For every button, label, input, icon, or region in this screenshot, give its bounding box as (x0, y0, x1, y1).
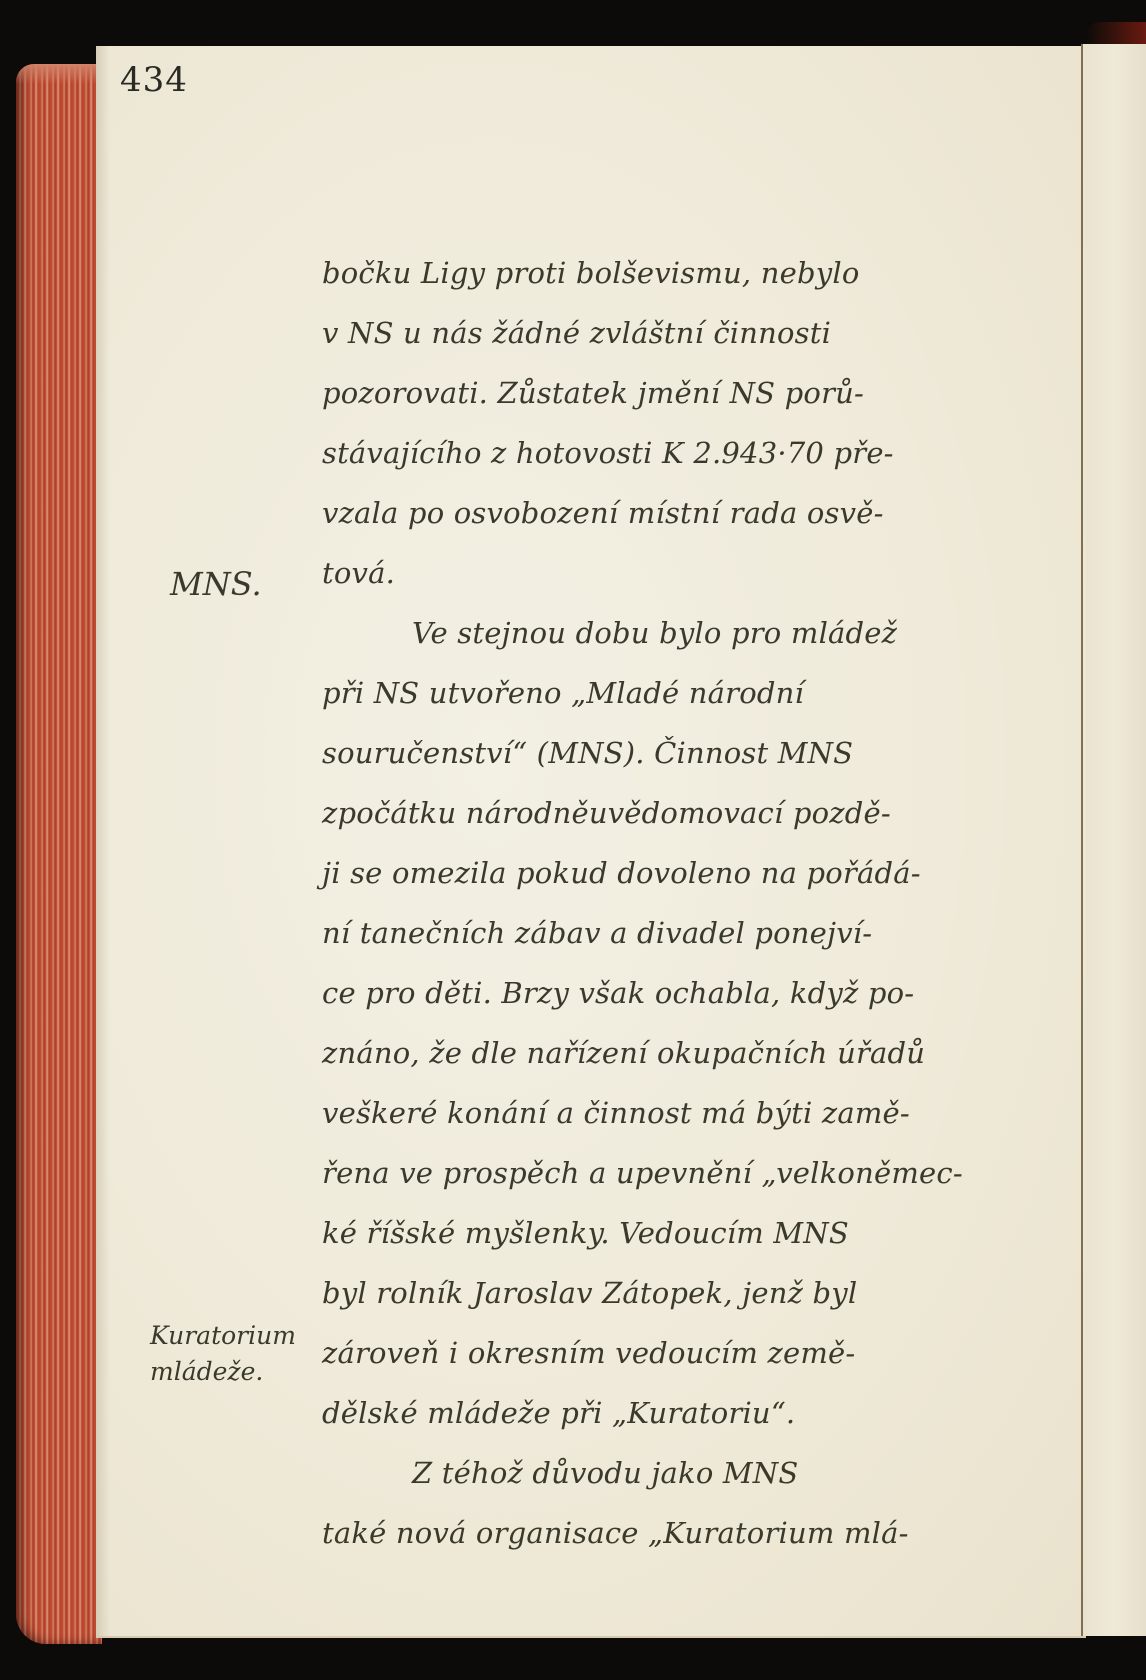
text-line: byl rolník Jaroslav Zátopek, jenž byl (322, 1263, 1012, 1323)
text-line: tová. (322, 543, 1012, 603)
text-line: veškeré konání a činnost má býti zamě- (322, 1083, 1012, 1143)
text-line: bočku Ligy proti bolševismu, nebylo (322, 243, 1012, 303)
text-line: ce pro děti. Brzy však ochabla, když po- (322, 963, 1012, 1023)
page-fold-line (1081, 44, 1083, 1636)
text-line: ji se omezila pokud dovoleno na pořádá- (322, 843, 1012, 903)
text-line: také nová organisace „Kuratorium mlá- (322, 1503, 1012, 1563)
margin-note-kuratorium-text: Kuratorium mládeže. (150, 1318, 290, 1390)
text-line: dělské mládeže při „Kuratoriu“. (322, 1383, 1012, 1443)
margin-note-mns: MNS. (170, 566, 262, 602)
text-line: pozorovati. Zůstatek jmění NS porů- (322, 363, 1012, 423)
text-line: Z téhož důvodu jako MNS (322, 1443, 1012, 1503)
page-number: 434 (120, 60, 188, 100)
text-line: ní tanečních zábav a divadel ponejví- (322, 903, 1012, 963)
text-line: ké říšské myšlenky. Vedoucím MNS (322, 1203, 1012, 1263)
book-photograph: 434 MNS. Kuratorium mládeže. bočku Ligy … (0, 0, 1146, 1680)
text-line: v NS u nás žádné zvláštní činnosti (322, 303, 1012, 363)
red-page-edges (16, 64, 102, 1644)
text-line: zároveň i okresním vedoucím země- (322, 1323, 1012, 1383)
facing-page-edge (1081, 44, 1146, 1636)
text-line: znáno, že dle nařízení okupačních úřadů (322, 1023, 1012, 1083)
handwritten-body: bočku Ligy proti bolševismu, nebylo v NS… (322, 243, 1012, 1563)
text-line: stávajícího z hotovosti K 2.943·70 pře- (322, 423, 1012, 483)
text-line: řena ve prospěch a upevnění „velkoněmec- (322, 1143, 1012, 1203)
text-line: vzala po osvobození místní rada osvě- (322, 483, 1012, 543)
text-line: při NS utvořeno „Mladé národní (322, 663, 1012, 723)
text-line: zpočátku národněuvědomovací pozdě- (322, 783, 1012, 843)
text-line: Ve stejnou dobu bylo pro mládež (322, 603, 1012, 663)
margin-note-kuratorium: Kuratorium mládeže. (150, 1318, 290, 1390)
gutter-shadow (96, 46, 110, 1636)
book-cover-corner (1086, 22, 1146, 46)
text-line: souručenství“ (MNS). Činnost MNS (322, 723, 1012, 783)
